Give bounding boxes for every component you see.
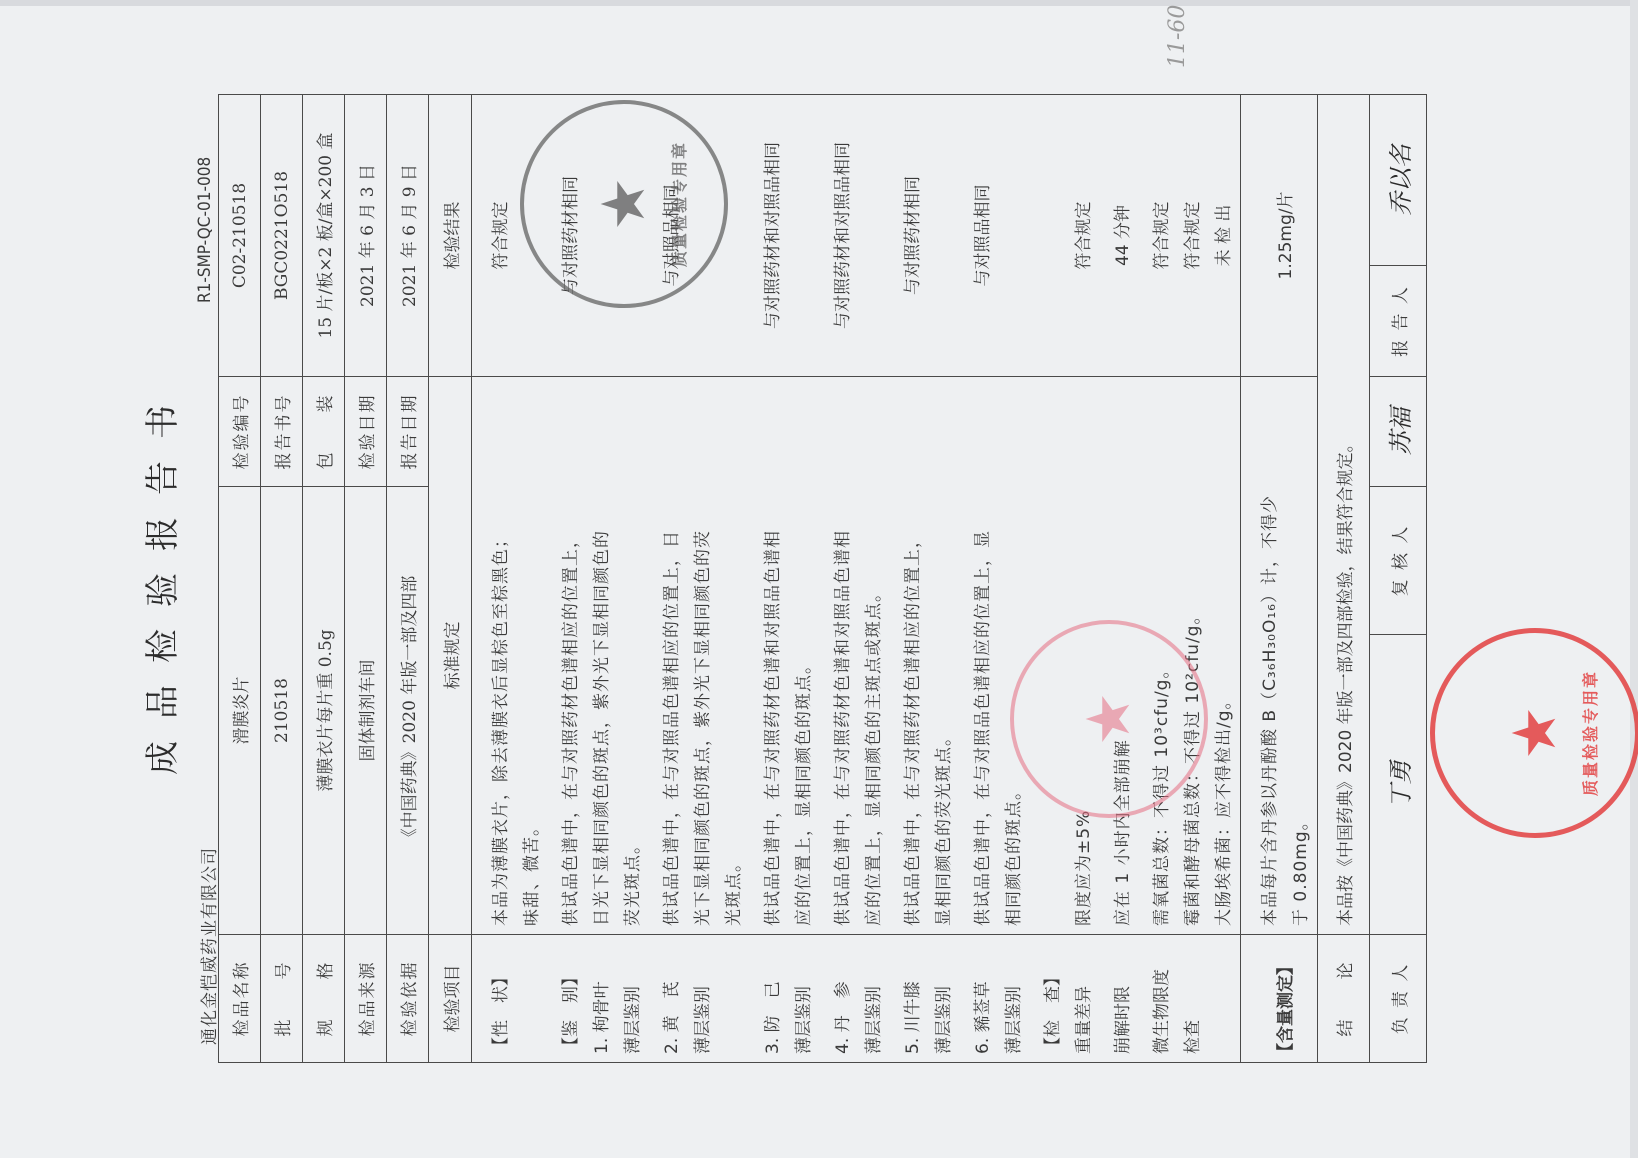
test-standard-text: 光下显相同颜色的斑点，紫外光下显相同颜色的荧 (688, 385, 719, 926)
batch-label: 批 号 (261, 935, 303, 1063)
document-title: 成品检验报告书 (135, 0, 184, 1158)
column-standard: 标准规定 (429, 377, 472, 935)
test-result-value: 未 检 出 (1209, 103, 1240, 368)
assay-standard-line: 本品每片含丹参以丹酚酸 B（C₃₆H₃₀O₁₆）计，不得少 (1255, 385, 1286, 926)
test-items: 【性 状】 【鉴 别】1. 枸骨叶薄层鉴别2. 黄 芪薄层鉴别 3. 防 己薄层… (472, 935, 1241, 1063)
spec-label: 规 格 (303, 935, 345, 1063)
test-result-value (618, 103, 649, 368)
test-result-value (688, 103, 719, 368)
report-page: 成品检验报告书 通化金恺威药业有限公司 R1-SMP-QC-01-008 检品名… (0, 0, 1638, 1158)
test-standard-text: 显相同颜色的荧光斑点。 (929, 385, 960, 926)
test-item-label: 2. 黄 芪 (657, 943, 688, 1054)
test-standard-text: 供试品色谱中，在与对照药材色谱相应的位置上， (556, 385, 587, 926)
batch-number: 210518 (261, 487, 303, 935)
test-date-label: 检验日期 (345, 377, 387, 487)
test-standard-text: 相同颜色的斑点。 (999, 385, 1030, 926)
product-source: 固体制剂车间 (345, 487, 387, 935)
test-item-label: 4. 丹 参 (828, 943, 859, 1054)
test-result-value (517, 103, 548, 368)
reporter-signature: 乔以名 (1370, 95, 1426, 265)
column-header-row: 检验项目 标准规定 检验结果 (429, 95, 472, 1063)
test-result-value (999, 103, 1030, 368)
test-date: 2021 年 6 月 3 日 (345, 95, 387, 377)
test-result-value: 符合规定 (1069, 103, 1100, 368)
test-standard-text: 光斑点。 (719, 385, 750, 926)
stamp-label: 质量检验专用章 (1578, 670, 1601, 796)
package: 15 片/板×2 板/盒×200 盒 (303, 95, 345, 377)
reporter-label: 报 告 人 (1370, 265, 1426, 376)
test-item-label: 薄层鉴别 (789, 943, 820, 1054)
test-standard-text: 供试品色谱中，在与对照品色谱相应的位置上，日 (657, 385, 688, 926)
test-standard-text: 应的位置上，显相同颜色的主斑点或斑点。 (859, 385, 890, 926)
test-standard-text: 荧光斑点。 (618, 385, 649, 926)
test-standard-text: 应在 1 小时内全部崩解 (1108, 385, 1139, 926)
test-item-label: 3. 防 己 (758, 943, 789, 1054)
test-item-label (719, 943, 750, 1054)
package-label: 包 装 (303, 377, 345, 487)
test-standard-text: 大肠埃希菌：应不得检出/g。 (1209, 385, 1240, 926)
product-name: 滑膜炎片 (219, 487, 261, 935)
test-item-label (517, 943, 548, 1054)
test-item-label: 薄层鉴别 (688, 943, 719, 1054)
test-standard-text: 需氧菌总数：不得过 10³cfu/g。 (1147, 385, 1178, 926)
conclusion-label: 结 论 (1318, 935, 1370, 1063)
test-item-label: 6. 豨莶草 (968, 943, 999, 1054)
test-item-label: 5. 川牛膝 (898, 943, 929, 1054)
responsible-signature: 丁勇 (1370, 635, 1427, 935)
test-standard-text: 应的位置上，显相同颜色的斑点。 (789, 385, 820, 926)
report-number: BGC0221O518 (261, 95, 303, 377)
tests-body: 【性 状】 【鉴 别】1. 枸骨叶薄层鉴别2. 黄 芪薄层鉴别 3. 防 己薄层… (472, 95, 1241, 1063)
report-no-label: 报告书号 (261, 377, 303, 487)
test-standard-text: 供试品色谱中，在与对照品色谱相应的位置上，显 (968, 385, 999, 926)
test-result-value: 与对照药材和对照品相同 (828, 103, 859, 368)
test-result-value: 44 分钟 (1108, 103, 1139, 368)
test-result-value: 符合规定 (1147, 103, 1178, 368)
test-item-label: 薄层鉴别 (859, 943, 890, 1054)
reviewer-label: 复 核 人 (1370, 487, 1427, 635)
document-code: R1-SMP-QC-01-008 (195, 157, 215, 303)
conclusion-row: 结 论 本品按《中国药典》2020 年版一部及四部检验，结果符合规定。 (1318, 95, 1370, 1063)
test-result-value (929, 103, 960, 368)
test-standard-text: 供试品色谱中，在与对照药材色谱和对照品色谱相 (758, 385, 789, 926)
test-item-label: 【鉴 别】 (556, 943, 587, 1054)
test-item-label: 薄层鉴别 (618, 943, 649, 1054)
test-result-value (719, 103, 750, 368)
test-item-label: 微生物限度 (1147, 943, 1178, 1054)
test-result-value: 符合规定 (486, 103, 517, 368)
test-item-label: 薄层鉴别 (999, 943, 1030, 1054)
test-item-label (1209, 943, 1240, 1054)
source-label: 检品来源 (345, 935, 387, 1063)
inspection-no: C02-210518 (219, 95, 261, 377)
column-item: 检验项目 (429, 935, 472, 1063)
test-standard-text: 味甜、微苦。 (517, 385, 548, 926)
test-result-value (587, 103, 618, 368)
responsible-label: 负 责 人 (1370, 935, 1427, 1063)
test-standard-text: 本品为薄膜衣片，除去薄膜衣后显棕色至棕黑色； (486, 385, 517, 926)
test-item-label: 崩解时限 (1108, 943, 1139, 1054)
test-standard-text: 限度应为±5% (1069, 385, 1100, 926)
assay-item: 【含量测定】 (1241, 935, 1318, 1063)
inspection-no-label: 检验编号 (219, 377, 261, 487)
reviewer-signature: 苏福 (1370, 377, 1427, 487)
qa-seal-stamp: ★ 质量检验专用章 (1430, 628, 1638, 838)
page-mark: 11-60 (1165, 5, 1190, 68)
header-row: 检品名称 滑膜炎片 检验编号 C02-210518 (219, 95, 261, 1063)
test-item-label: 薄层鉴别 (929, 943, 960, 1054)
test-standard-text: 霉菌和酵母菌总数：不得过 10²cfu/g。 (1178, 385, 1209, 926)
assay-row: 【含量测定】 本品每片含丹参以丹酚酸 B（C₃₆H₃₀O₁₆）计，不得少于 0.… (1241, 95, 1318, 1063)
test-standard-text (1038, 385, 1069, 926)
test-results: 符合规定 与对照药材相同 与对照品相同 与对照药材和对照品相同 与对照药材和对照… (472, 95, 1241, 377)
test-result-value: 与对照药材和对照品相同 (758, 103, 789, 368)
test-standard-text: 供试品色谱中，在与对照药材色谱相应的位置上， (898, 385, 929, 926)
test-item-label: 【性 状】 (486, 943, 517, 1054)
test-result-value (1038, 103, 1069, 368)
assay-standard: 本品每片含丹参以丹酚酸 B（C₃₆H₃₀O₁₆）计，不得少于 0.80mg。 (1241, 377, 1318, 935)
test-item-label: 重量差异 (1069, 943, 1100, 1054)
test-item-label: 检查 (1178, 943, 1209, 1054)
inspection-report-table: 检品名称 滑膜炎片 检验编号 C02-210518 批 号 210518 报告书… (218, 94, 1427, 1063)
header-row: 检品来源 固体制剂车间 检验日期 2021 年 6 月 3 日 (345, 95, 387, 1063)
assay-standard-line: 于 0.80mg。 (1286, 385, 1317, 926)
test-result-value: 与对照药材相同 (556, 103, 587, 368)
inspection-basis: 《中国药典》2020 年版一部及四部 (387, 487, 429, 935)
test-result-value: 与对照药材相同 (898, 103, 929, 368)
test-result-value (859, 103, 890, 368)
header-row: 批 号 210518 报告书号 BGC0221O518 (261, 95, 303, 1063)
report-date-label: 报告日期 (387, 377, 429, 487)
test-standard-text: 日光下显相同颜色的斑点，紫外光下显相同颜色的 (587, 385, 618, 926)
star-icon: ★ (1505, 706, 1565, 760)
test-standard-text: 供试品色谱中，在与对照药材色谱和对照品色谱相 (828, 385, 859, 926)
test-standards: 本品为薄膜衣片，除去薄膜衣后显棕色至棕黑色；味甜、微苦。供试品色谱中，在与对照药… (472, 377, 1241, 935)
header-row: 检验依据 《中国药典》2020 年版一部及四部 报告日期 2021 年 6 月 … (387, 95, 429, 1063)
product-name-label: 检品名称 (219, 935, 261, 1063)
column-result: 检验结果 (429, 95, 472, 377)
test-result-value: 符合规定 (1178, 103, 1209, 368)
conclusion-text: 本品按《中国药典》2020 年版一部及四部检验，结果符合规定。 (1318, 95, 1370, 935)
specification: 薄膜衣片每片重 0.5g (303, 487, 345, 935)
assay-result: 1.25mg/片 (1241, 95, 1318, 377)
basis-label: 检验依据 (387, 935, 429, 1063)
header-row: 规 格 薄膜衣片每片重 0.5g 包 装 15 片/板×2 板/盒×200 盒 (303, 95, 345, 1063)
test-result-value (789, 103, 820, 368)
test-item-label: 【检 查】 (1038, 943, 1069, 1054)
signature-row: 负 责 人 丁勇 复 核 人 苏福 报 告 人 乔以名 (1370, 95, 1427, 1063)
company-name: 通化金恺威药业有限公司 (195, 847, 220, 1045)
report-date: 2021 年 6 月 9 日 (387, 95, 429, 377)
test-item-label: 1. 枸骨叶 (587, 943, 618, 1054)
test-result-value: 与对照品相同 (968, 103, 999, 368)
test-result-value: 与对照品相同 (657, 103, 688, 368)
